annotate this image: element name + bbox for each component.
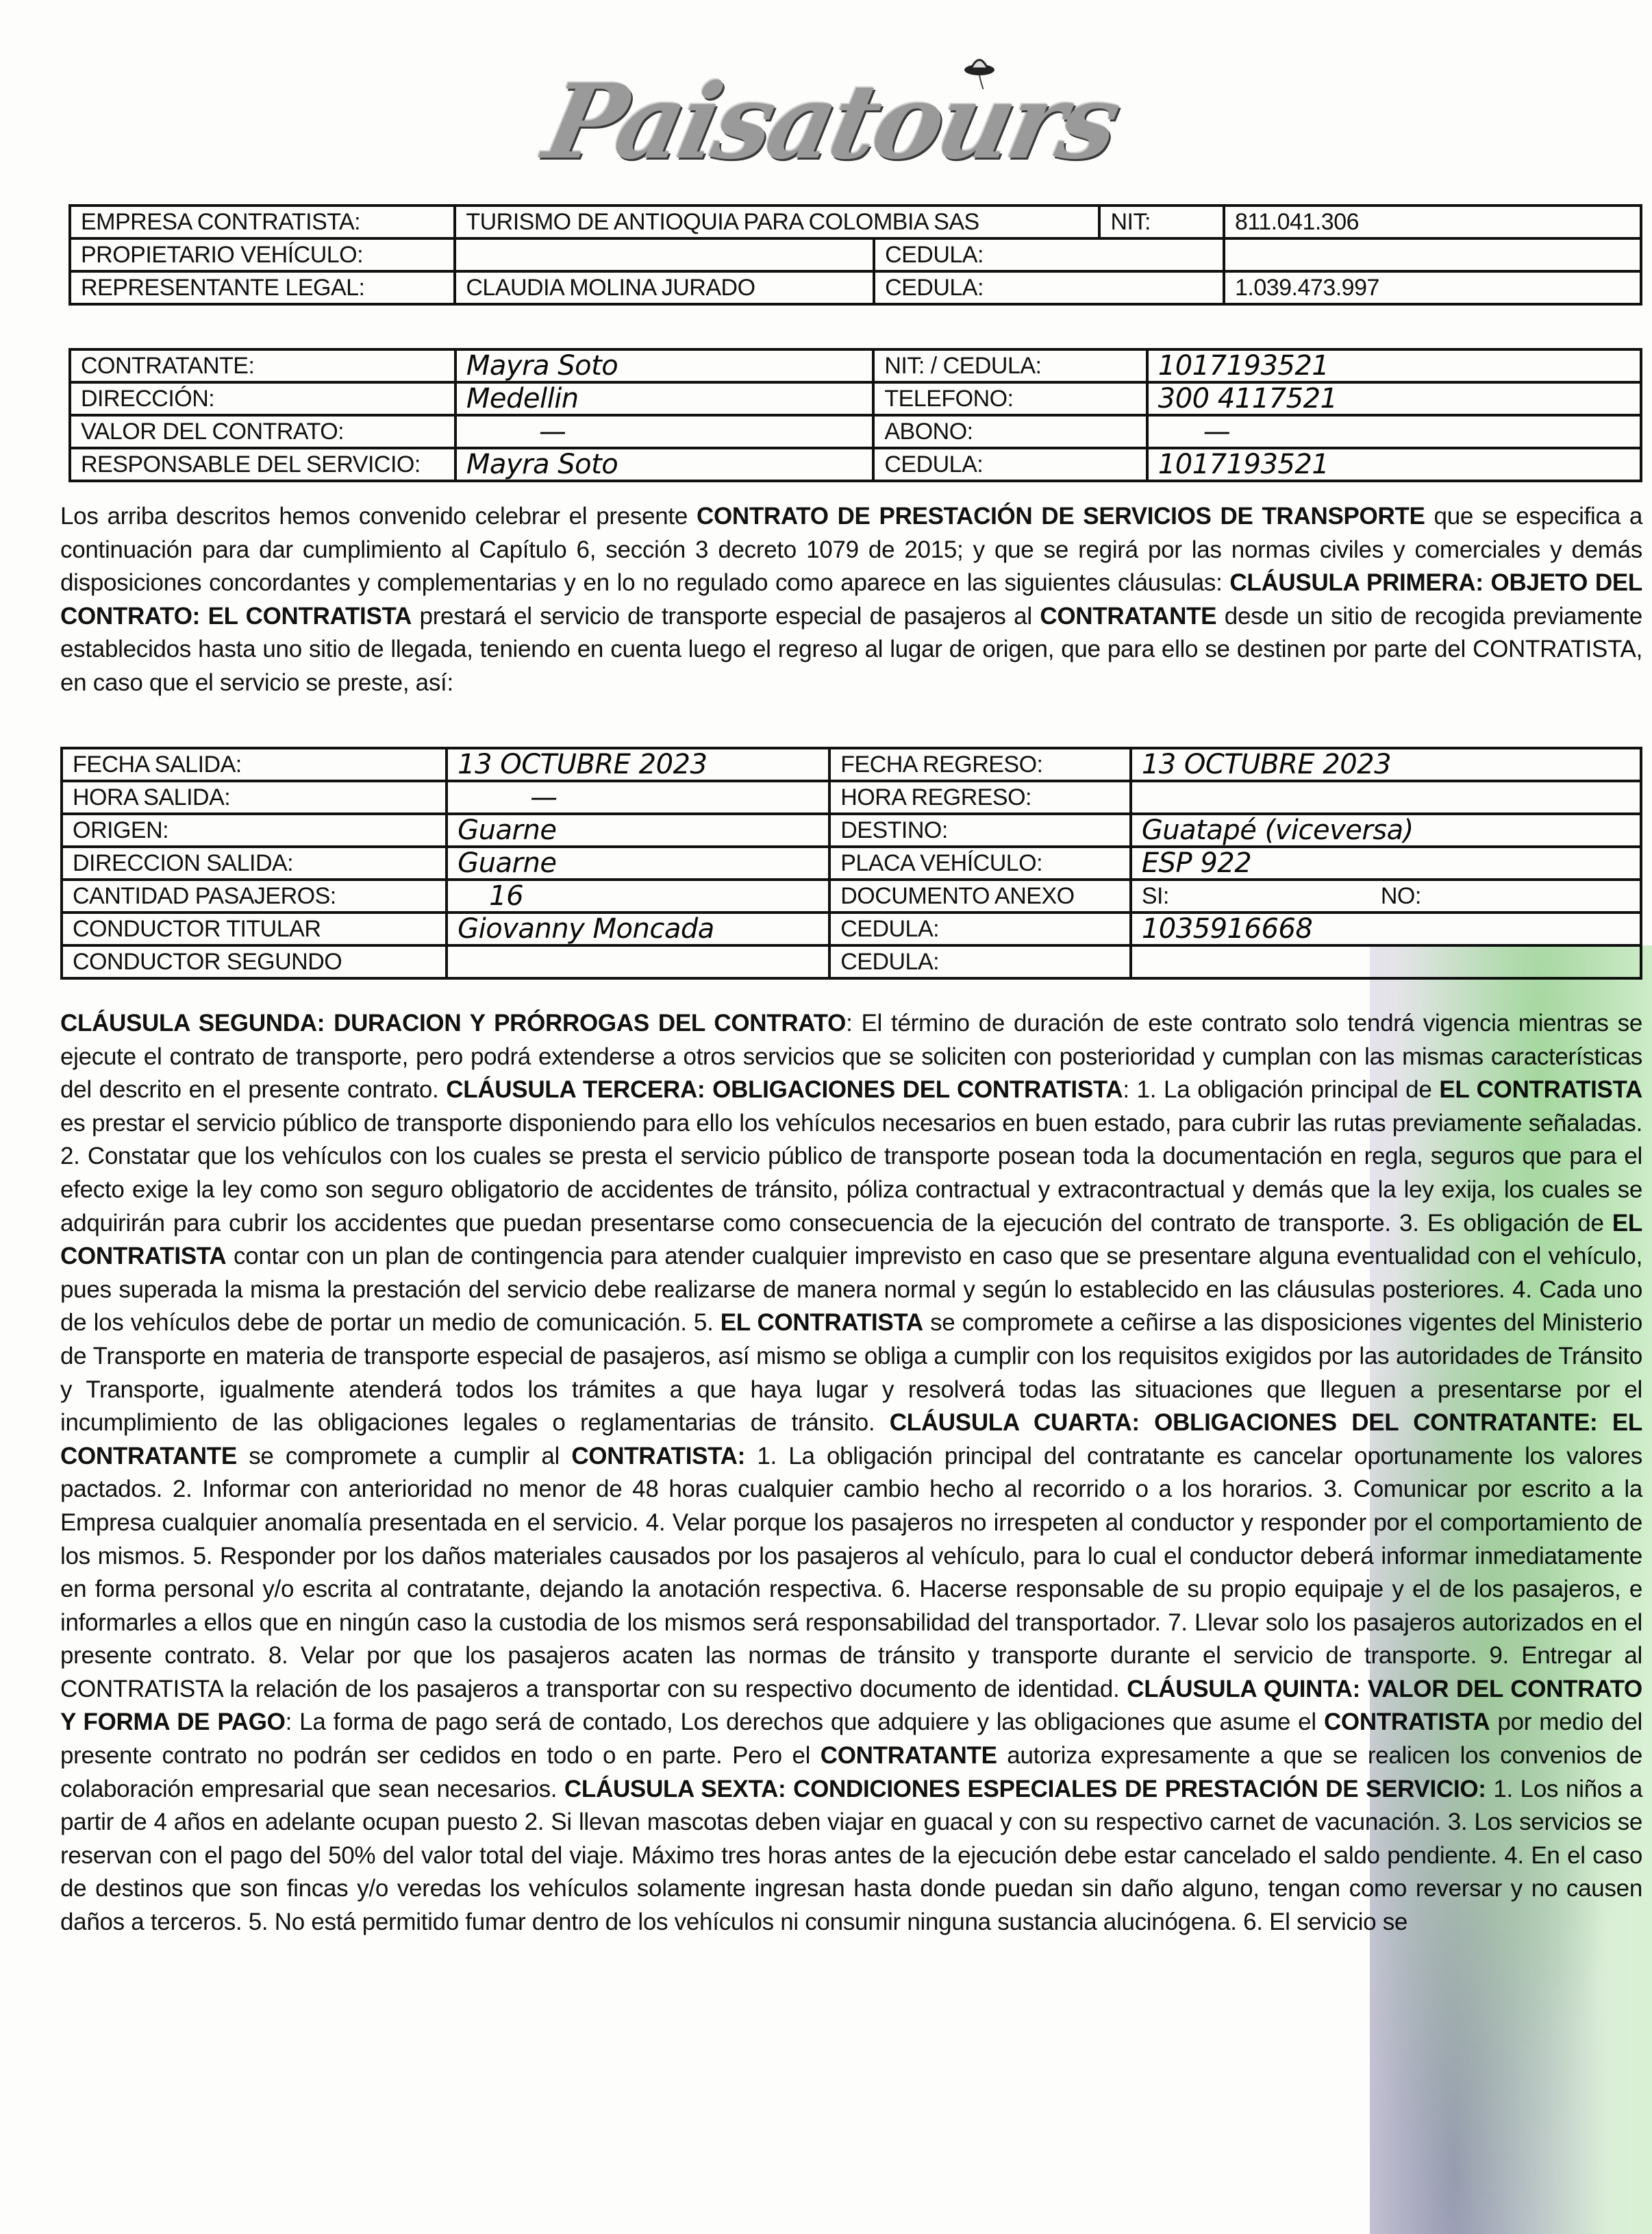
bold-text: CONTRATO DE PRESTACIÓN DE SERVICIOS DE T… [697,503,1425,530]
passenger-count: 16 [447,880,829,913]
field-label: FECHA SALIDA: [62,748,447,781]
second-driver [447,945,829,978]
bold-text: CONTRATISTA [1324,1709,1490,1735]
company-nit: 811.041.306 [1224,206,1641,238]
field-label: ABONO: [873,415,1147,448]
table-row: RESPONSABLE DEL SERVICIO: Mayra Soto CED… [70,448,1641,481]
legal-rep-cedula: 1.039.473.997 [1224,271,1641,304]
deposit-value: — [1147,415,1641,448]
table-row: PROPIETARIO VEHÍCULO: CEDULA: [70,238,1641,271]
bold-text: CONTRATANTE [821,1742,997,1769]
table-row: HORA SALIDA: — HORA REGRESO: [62,781,1641,814]
field-label: FECHA REGRESO: [829,748,1131,781]
field-label: RESPONSABLE DEL SERVICIO: [70,448,455,481]
client-table: CONTRATANTE: Mayra Soto NIT: / CEDULA: 1… [68,348,1642,482]
field-label: CEDULA: [829,913,1131,945]
table-row: CANTIDAD PASAJEROS: 16 DOCUMENTO ANEXO S… [62,880,1641,913]
field-label: PROPIETARIO VEHÍCULO: [70,238,455,271]
client-name: Mayra Soto [455,349,874,382]
table-row: VALOR DEL CONTRATO: — ABONO: — [70,415,1641,448]
clause-text: : La forma de pago será de contado, Los … [286,1709,1324,1735]
field-label: CEDULA: [874,238,1224,271]
return-time [1131,781,1641,814]
clause-text: : 1. La obligación principal de [1123,1076,1439,1103]
clause-text: 1. La obligación principal del contratan… [60,1443,1642,1702]
table-row: CONDUCTOR SEGUNDO CEDULA: [62,945,1641,978]
second-driver-cedula [1131,945,1641,978]
field-label: NIT: [1099,206,1224,238]
main-driver: Giovanny Moncada [447,913,829,945]
table-row: EMPRESA CONTRATISTA: TURISMO DE ANTIOQUI… [70,206,1641,238]
table-row: DIRECCIÓN: Medellin TELEFONO: 300 411752… [70,382,1641,415]
logo-wordmark: Paisatours [535,62,1127,182]
field-label: DOCUMENTO ANEXO [829,880,1131,913]
table-row: CONTRATANTE: Mayra Soto NIT: / CEDULA: 1… [70,349,1641,382]
responsible-cedula: 1017193521 [1147,448,1641,481]
return-date: 13 OCTUBRE 2023 [1131,748,1641,781]
main-driver-cedula: 1035916668 [1131,913,1641,945]
field-label: DESTINO: [829,814,1131,847]
bold-text: CONTRATISTA: [571,1443,745,1469]
service-responsible: Mayra Soto [455,448,874,481]
clause-text: es prestar el servicio público de transp… [60,1110,1642,1237]
annex-yes-label: SI: [1142,883,1169,909]
field-label: CONTRATANTE: [70,349,455,382]
departure-time: — [447,781,829,814]
table-row: DIRECCION SALIDA: Guarne PLACA VEHÍCULO:… [62,847,1641,880]
table-row: CONDUCTOR TITULAR Giovanny Moncada CEDUL… [62,913,1641,945]
departure-date: 13 OCTUBRE 2023 [447,748,829,781]
clause-title: CLÁUSULA SEGUNDA: DURACION Y PRÓRROGAS D… [60,1010,846,1037]
field-label: CANTIDAD PASAJEROS: [62,880,447,913]
field-label: HORA REGRESO: [829,781,1131,814]
owner-cedula [1224,238,1641,271]
contract-intro-paragraph: Los arriba descritos hemos convenido cel… [60,500,1642,700]
departure-address: Guarne [447,847,829,880]
client-address: Medellin [455,382,874,415]
field-label: DIRECCION SALIDA: [62,847,447,880]
field-label: CONDUCTOR SEGUNDO [62,945,447,978]
field-label: NIT: / CEDULA: [873,349,1147,382]
field-label: CONDUCTOR TITULAR [62,913,447,945]
owner-name [455,238,874,271]
clause-title: CLÁUSULA SEXTA: CONDICIONES ESPECIALES D… [564,1776,1486,1802]
field-label: REPRESENTANTE LEGAL: [70,271,455,304]
contract-clauses: CLÁUSULA SEGUNDA: DURACION Y PRÓRROGAS D… [60,1007,1642,1939]
field-label: ORIGEN: [62,814,447,847]
client-id: 1017193521 [1147,349,1641,382]
field-label: EMPRESA CONTRATISTA: [70,206,455,238]
contract-value: — [455,415,874,448]
client-phone: 300 4117521 [1147,382,1641,415]
bold-text: CONTRATANTE [1040,603,1216,630]
table-row: ORIGEN: Guarne DESTINO: Guatapé (vicever… [62,814,1641,847]
field-label: HORA SALIDA: [62,781,447,814]
text: prestará el servicio de transporte espec… [412,603,1040,630]
trip-details-table: FECHA SALIDA: 13 OCTUBRE 2023 FECHA REGR… [60,747,1642,980]
destination: Guatapé (viceversa) [1131,814,1641,847]
clause-text: se compromete a cumplir al [237,1443,571,1469]
field-label: VALOR DEL CONTRATO: [70,415,455,448]
clause-title: CLÁUSULA TERCERA: OBLIGACIONES DEL CONTR… [446,1076,1123,1103]
company-logo: Paisatours [521,48,1137,185]
bold-text: EL CONTRATISTA [721,1309,923,1336]
contractor-company-table: EMPRESA CONTRATISTA: TURISMO DE ANTIOQUI… [68,204,1642,306]
field-label: CEDULA: [873,448,1147,481]
company-name: TURISMO DE ANTIOQUIA PARA COLOMBIA SAS [455,206,1099,238]
field-label: TELEFONO: [873,382,1147,415]
field-label: CEDULA: [874,271,1224,304]
field-label: DIRECCIÓN: [70,382,455,415]
field-label: CEDULA: [829,945,1131,978]
bold-text: EL CONTRATISTA [1439,1076,1642,1103]
table-row: FECHA SALIDA: 13 OCTUBRE 2023 FECHA REGR… [62,748,1641,781]
annex-document-options: SI: NO: [1131,880,1641,913]
legal-rep-name: CLAUDIA MOLINA JURADO [455,271,874,304]
vehicle-plate: ESP 922 [1131,847,1641,880]
text: Los arriba descritos hemos convenido cel… [60,503,697,530]
table-row: REPRESENTANTE LEGAL: CLAUDIA MOLINA JURA… [70,271,1641,304]
origin: Guarne [447,814,829,847]
annex-no-label: NO: [1381,883,1421,909]
field-label: PLACA VEHÍCULO: [829,847,1131,880]
